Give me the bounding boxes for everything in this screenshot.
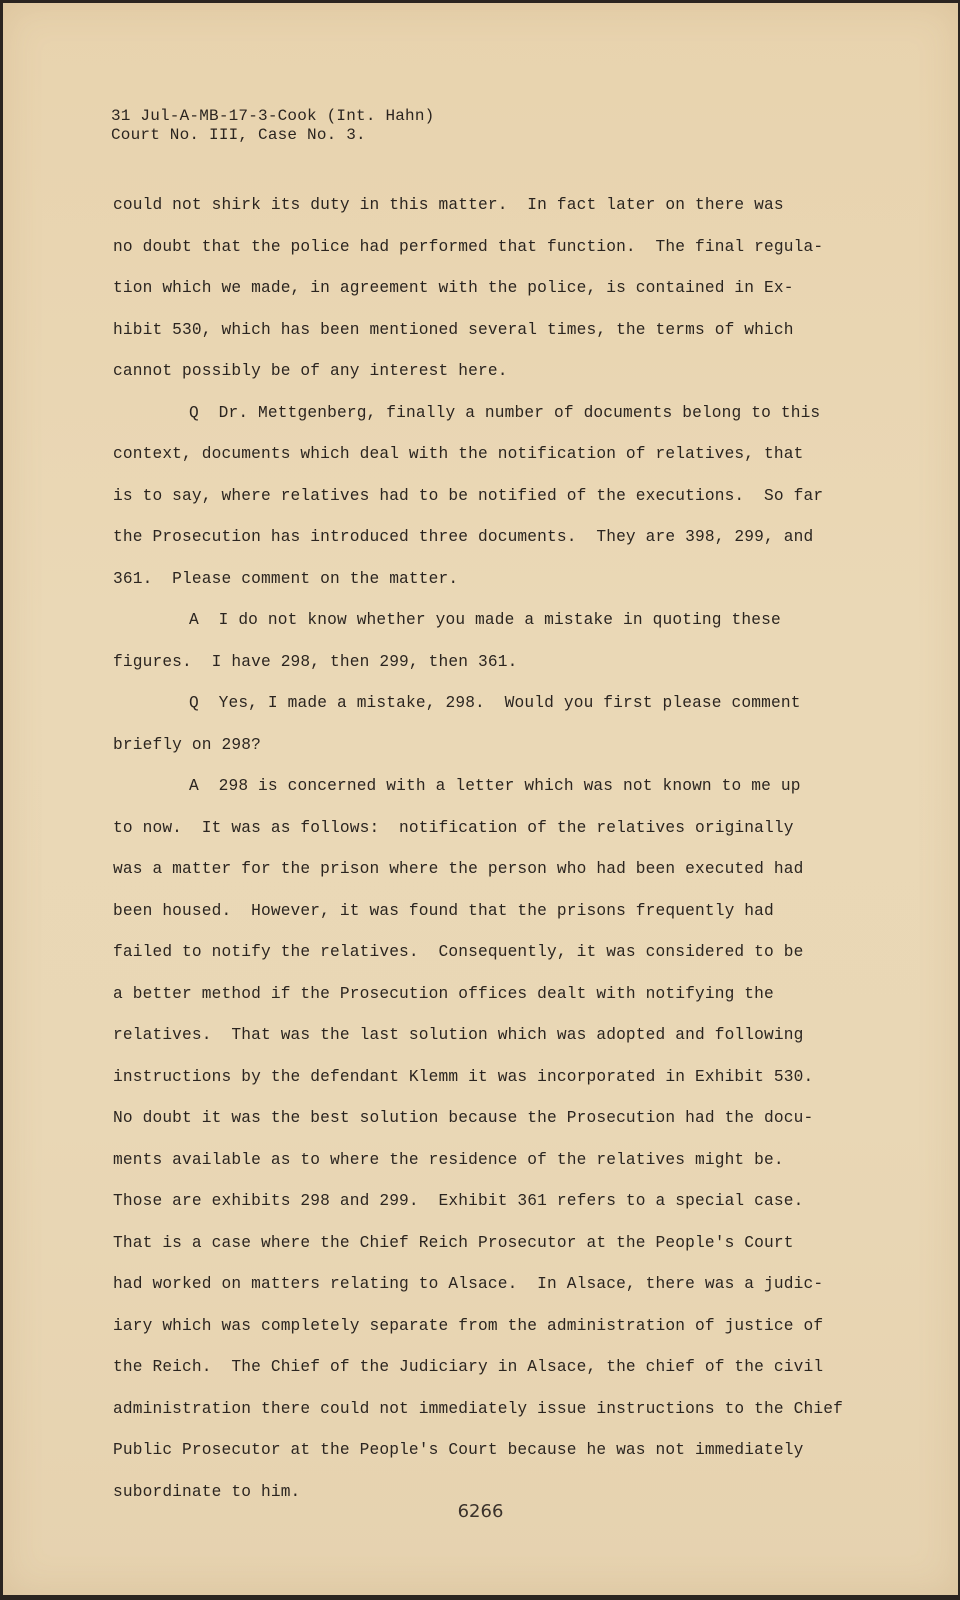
- transcript-line: the Reich. The Chief of the Judiciary in…: [113, 1358, 893, 1400]
- transcript-line: been housed. However, it was found that …: [113, 902, 893, 944]
- transcript-line: Q Yes, I made a mistake, 298. Would you …: [113, 694, 893, 736]
- transcript-line: figures. I have 298, then 299, then 361.: [113, 653, 893, 695]
- transcript-line: tion which we made, in agreement with th…: [113, 279, 893, 321]
- transcript-line: hibit 530, which has been mentioned seve…: [113, 321, 893, 363]
- transcript-line: a better method if the Prosecution offic…: [113, 985, 893, 1027]
- transcript-line: the Prosecution has introduced three doc…: [113, 528, 893, 570]
- transcript-line: administration there could not immediate…: [113, 1400, 893, 1442]
- transcript-line: could not shirk its duty in this matter.…: [113, 196, 893, 238]
- transcript-line: A 298 is concerned with a letter which w…: [113, 777, 893, 819]
- page-number: 6266: [3, 1501, 958, 1522]
- header-court-line: Court No. III, Case No. 3.: [111, 126, 434, 145]
- header-session-line: 31 Jul-A-MB-17-3-Cook (Int. Hahn): [111, 107, 434, 126]
- transcript-line: was a matter for the prison where the pe…: [113, 860, 893, 902]
- document-page: 31 Jul-A-MB-17-3-Cook (Int. Hahn) Court …: [3, 3, 958, 1595]
- transcript-line: failed to notify the relatives. Conseque…: [113, 943, 893, 985]
- transcript-line: no doubt that the police had performed t…: [113, 238, 893, 280]
- transcript-line: iary which was completely separate from …: [113, 1317, 893, 1359]
- transcript-line: Public Prosecutor at the People's Court …: [113, 1441, 893, 1483]
- transcript-line: That is a case where the Chief Reich Pro…: [113, 1234, 893, 1276]
- transcript-body: could not shirk its duty in this matter.…: [113, 196, 893, 1524]
- transcript-line: had worked on matters relating to Alsace…: [113, 1275, 893, 1317]
- transcript-line: relatives. That was the last solution wh…: [113, 1026, 893, 1068]
- transcript-line: Q Dr. Mettgenberg, finally a number of d…: [113, 404, 893, 446]
- transcript-line: ments available as to where the residenc…: [113, 1151, 893, 1193]
- transcript-line: briefly on 298?: [113, 736, 893, 778]
- transcript-line: A I do not know whether you made a mista…: [113, 611, 893, 653]
- transcript-line: cannot possibly be of any interest here.: [113, 362, 893, 404]
- transcript-line: context, documents which deal with the n…: [113, 445, 893, 487]
- transcript-line: instructions by the defendant Klemm it w…: [113, 1068, 893, 1110]
- transcript-line: Those are exhibits 298 and 299. Exhibit …: [113, 1192, 893, 1234]
- transcript-line: to now. It was as follows: notification …: [113, 819, 893, 861]
- transcript-line: 361. Please comment on the matter.: [113, 570, 893, 612]
- transcript-line: No doubt it was the best solution becaus…: [113, 1109, 893, 1151]
- transcript-line: is to say, where relatives had to be not…: [113, 487, 893, 529]
- document-header: 31 Jul-A-MB-17-3-Cook (Int. Hahn) Court …: [111, 107, 434, 145]
